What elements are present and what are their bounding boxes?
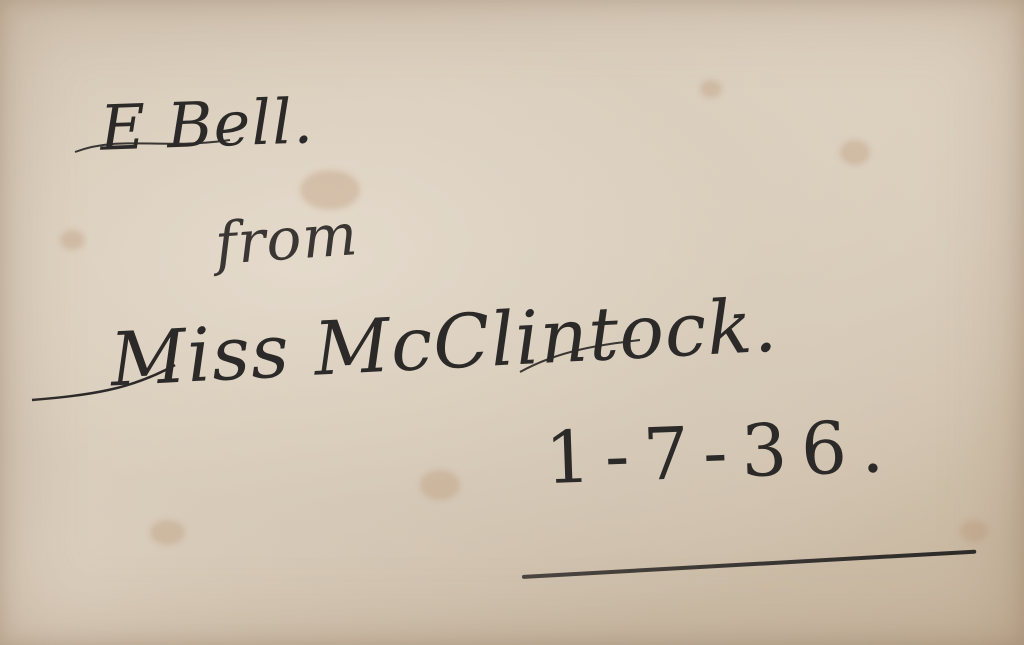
foxing-spot (960, 520, 988, 542)
foxing-spot (150, 520, 185, 545)
foxing-spot (60, 230, 85, 250)
inscription-giver: Miss McClintock. (108, 283, 779, 404)
inscription-recipient: E Bell. (99, 84, 315, 164)
aged-paper-page: E Bell. from Miss McClintock. 1-7-36. (0, 0, 1024, 645)
foxing-spot (840, 140, 870, 165)
inscription-from: from (213, 200, 361, 278)
foxing-spot (700, 80, 722, 98)
foxing-spot (420, 470, 460, 500)
inscription-date: 1-7-36. (544, 404, 899, 500)
date-underline (522, 550, 977, 579)
